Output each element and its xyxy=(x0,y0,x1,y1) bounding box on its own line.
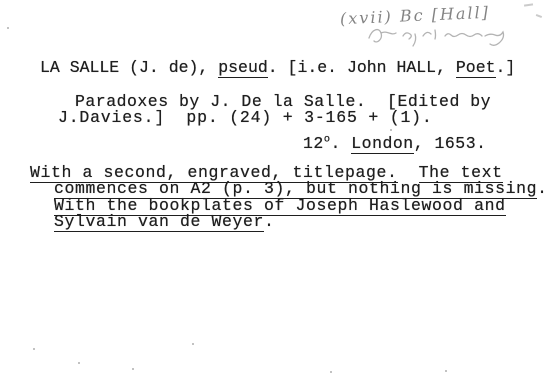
handwritten-scribble-line2 xyxy=(363,24,518,54)
scan-speck xyxy=(445,370,447,372)
main-entry-heading: LA SALLE (J. de), pseud. [i.e. John HALL… xyxy=(40,59,515,77)
scan-corner-mark xyxy=(524,3,533,6)
scan-speck xyxy=(390,129,392,131)
scan-speck xyxy=(330,371,332,373)
imprint-line: 12o. London, 1653. xyxy=(303,135,487,153)
scan-speck xyxy=(132,368,134,370)
text-segment: J.Davies.] pp. (24) + 3-165 + (1). xyxy=(58,108,433,127)
note-line-4: Sylvain van de Weyer. xyxy=(54,213,275,231)
text-segment: 12 xyxy=(303,134,324,153)
text-segment: LA SALLE (J. de), xyxy=(40,58,218,77)
title-statement-line-2: J.Davies.] pp. (24) + 3-165 + (1). xyxy=(58,109,433,127)
text-segment: .] xyxy=(496,58,516,77)
scan-speck xyxy=(78,362,80,364)
text-segment: . xyxy=(537,179,548,198)
text-segment: . xyxy=(264,212,275,231)
text-segment: . xyxy=(330,134,351,153)
scan-corner-mark xyxy=(536,14,542,17)
text-segment: . [i.e. John HALL, xyxy=(268,58,456,77)
text-segment: Sylvain van de Weyer xyxy=(54,212,264,232)
text-segment: pseud xyxy=(218,58,268,78)
text-segment: London xyxy=(351,134,413,154)
scan-speck xyxy=(7,27,9,29)
catalogue-card: (xvii) Bc [Hall] LA SALLE (J. de), pseud… xyxy=(0,0,550,374)
text-segment: Poet xyxy=(456,58,496,78)
scan-speck xyxy=(33,348,35,350)
scan-speck xyxy=(192,343,194,345)
text-segment: , 1653. xyxy=(414,134,487,153)
